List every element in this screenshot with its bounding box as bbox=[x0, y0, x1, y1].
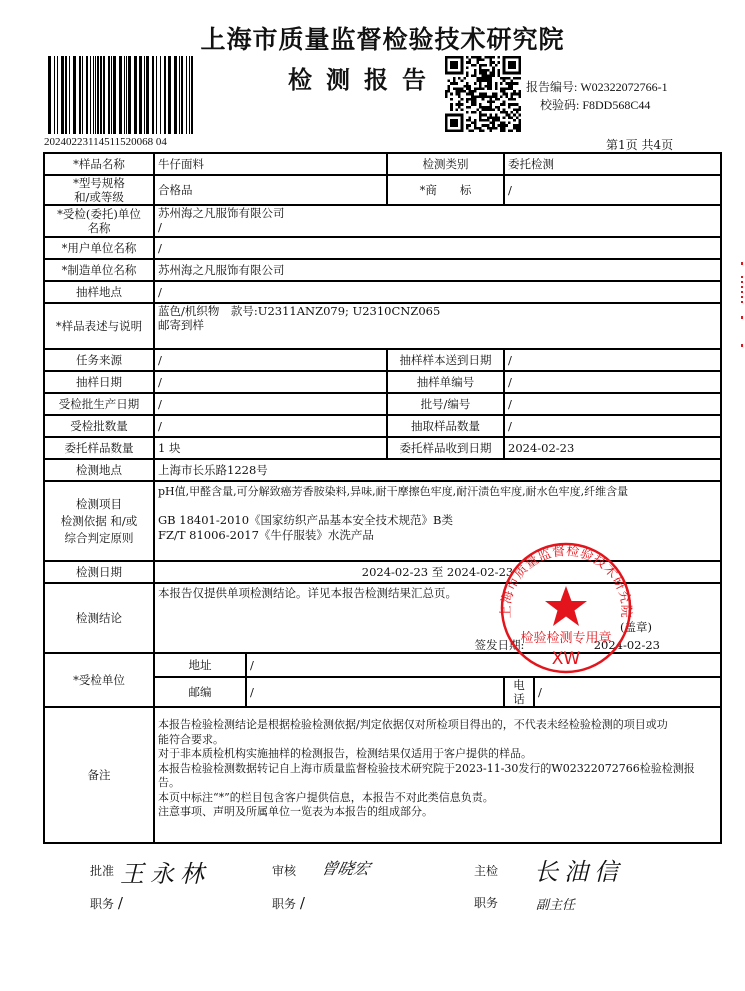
manufacturer: 苏州海之凡服饰有限公司 bbox=[154, 259, 721, 281]
sample-drawn-qty-label: 抽取样品数量 bbox=[387, 415, 504, 437]
test-category-label: 检测类别 bbox=[387, 153, 504, 175]
sample-delivery-date-label: 抽样样本送到日期 bbox=[387, 349, 504, 371]
sampling-form-no-label: 抽样单编号 bbox=[387, 371, 504, 393]
test-location-label: 检测地点 bbox=[44, 459, 154, 481]
chief-label: 主检 bbox=[474, 862, 498, 879]
reviewer-label: 审核 bbox=[272, 862, 296, 879]
user-unit-label: *用户单位名称 bbox=[44, 237, 154, 259]
received-date-label: 委托样品收到日期 bbox=[387, 437, 504, 459]
client-label: *受检(委托)单位名称 bbox=[44, 205, 154, 237]
row-batch-qty: 受检批数量 / 抽取样品数量 / bbox=[44, 415, 721, 437]
row-client: *受检(委托)单位名称 苏州海之凡服饰有限公司/ bbox=[44, 205, 721, 237]
chief-title-label: 职务 bbox=[474, 894, 498, 911]
row-sampling-date: 抽样日期 / 抽样单编号 / bbox=[44, 371, 721, 393]
test-date-label: 检测日期 bbox=[44, 561, 154, 583]
task-source-label: 任务来源 bbox=[44, 349, 154, 371]
star-icon bbox=[545, 586, 587, 626]
svg-text:检验检测专用章: 检验检测专用章 bbox=[520, 630, 611, 646]
remark-line: 对于非本质检机构实施抽样的检测报告，检测结果仅适用于客户提供的样品。 bbox=[158, 747, 717, 762]
sample-drawn-qty: / bbox=[504, 415, 721, 437]
client-name: 苏州海之凡服饰有限公司/ bbox=[154, 205, 721, 237]
page-indicator: 第1页 共4页 bbox=[606, 136, 673, 153]
reviewer-title-label: 职务 / bbox=[272, 894, 305, 912]
remarks-label: 备注 bbox=[44, 707, 154, 843]
chief-signature: 长油信 bbox=[534, 852, 624, 887]
verification-code-row: 校验码: F8DD568C44 bbox=[526, 96, 668, 114]
remarks: 本报告检验检测结论是根据检验检测依据/判定依据仅对所检项目得出的，不代表未经检验… bbox=[154, 707, 721, 843]
sampling-location: / bbox=[154, 281, 721, 303]
trademark-label: *商 标 bbox=[387, 175, 504, 205]
report-number-label: 报告编号: bbox=[526, 80, 577, 94]
sample-delivery-date: / bbox=[504, 349, 721, 371]
trademark: / bbox=[504, 175, 721, 205]
chief-title: 副主任 bbox=[536, 894, 575, 913]
received-date: 2024-02-23 bbox=[504, 437, 721, 459]
row-user-unit: *用户单位名称 / bbox=[44, 237, 721, 259]
user-unit: / bbox=[154, 237, 721, 259]
entrusted-qty-label: 委托样品数量 bbox=[44, 437, 154, 459]
report-meta: 报告编号: W02322072766-1 校验码: F8DD568C44 bbox=[526, 78, 668, 114]
batch-qty-label: 受检批数量 bbox=[44, 415, 154, 437]
sample-name-label: *样品名称 bbox=[44, 153, 154, 175]
row-batch-production-date: 受检批生产日期 / 批号/编号 / bbox=[44, 393, 721, 415]
row-model-spec: *型号规格和/或等级 合格品 *商 标 / bbox=[44, 175, 721, 205]
remark-line: 注意事项、声明及所属单位一览表为本报告的组成部分。 bbox=[158, 805, 717, 820]
reviewer-signature: 曾晓宏 bbox=[320, 856, 373, 879]
batch-no: / bbox=[504, 393, 721, 415]
test-items-label: 检测项目检测依据 和/或综合判定原则 bbox=[44, 481, 154, 561]
test-location: 上海市长乐路1228号 bbox=[154, 459, 721, 481]
row-test-location: 检测地点 上海市长乐路1228号 bbox=[44, 459, 721, 481]
svg-text:XW: XW bbox=[552, 649, 581, 669]
sample-name: 牛仔面料 bbox=[154, 153, 387, 175]
verification-code-label: 校验码: bbox=[540, 98, 579, 112]
approver-signature: 王永林 bbox=[120, 854, 210, 889]
phone: / bbox=[534, 677, 721, 707]
barcode-number: 20240223114511520068 04 bbox=[44, 136, 167, 148]
remark-line: 本页中标注“*”的栏目包含客户提供信息，本报告不对此类信息负责。 bbox=[158, 791, 717, 806]
model-spec: 合格品 bbox=[154, 175, 387, 205]
approver-title-label: 职务 / bbox=[90, 894, 123, 912]
remark-line: 告。 bbox=[158, 776, 717, 791]
test-category: 委托检测 bbox=[504, 153, 721, 175]
official-seal-stamp: 上海市质量监督检验技术研究院 检验检测专用章 XW bbox=[492, 540, 640, 676]
test-items-list: pH值,甲醛含量,可分解致癌芳香胺染料,异味,耐干摩擦色牢度,耐汗渍色牢度,耐水… bbox=[158, 484, 717, 499]
sample-desc-label: *样品表述与说明 bbox=[44, 303, 154, 349]
batch-qty: / bbox=[154, 415, 387, 437]
qr-code-icon bbox=[445, 56, 521, 132]
row-sampling-location: 抽样地点 / bbox=[44, 281, 721, 303]
document-title: 检测报告 bbox=[288, 60, 440, 95]
row-sample-desc: *样品表述与说明 蓝色/机织物 款号:U2311ANZ079; U2310CNZ… bbox=[44, 303, 721, 349]
phone-label: 电话 bbox=[504, 677, 534, 707]
postcode: / bbox=[246, 677, 504, 707]
remark-line: 本报告检验检测结论是根据检验检测依据/判定依据仅对所检项目得出的，不代表未经检验… bbox=[158, 718, 717, 733]
manufacturer-label: *制造单位名称 bbox=[44, 259, 154, 281]
batch-no-label: 批号/编号 bbox=[387, 393, 504, 415]
row-task-source: 任务来源 / 抽样样本送到日期 / bbox=[44, 349, 721, 371]
sampling-location-label: 抽样地点 bbox=[44, 281, 154, 303]
batch-production-date-label: 受检批生产日期 bbox=[44, 393, 154, 415]
approver-label: 批准 bbox=[90, 862, 114, 879]
barcode-icon bbox=[48, 56, 196, 134]
conclusion-label: 检测结论 bbox=[44, 583, 154, 653]
row-sample-name: *样品名称 牛仔面料 检测类别 委托检测 bbox=[44, 153, 721, 175]
sampling-date-label: 抽样日期 bbox=[44, 371, 154, 393]
standard-1: GB 18401-2010《国家纺织产品基本安全技术规范》B类 bbox=[158, 513, 717, 528]
report-number: W02322072766-1 bbox=[580, 80, 667, 94]
report-table: *样品名称 牛仔面料 检测类别 委托检测 *型号规格和/或等级 合格品 *商 标… bbox=[43, 152, 722, 844]
organization-title: 上海市质量监督检验技术研究院 bbox=[0, 20, 745, 56]
entrusted-qty: 1 块 bbox=[154, 437, 387, 459]
inspected-unit-label: *受检单位 bbox=[44, 653, 154, 707]
row-manufacturer: *制造单位名称 苏州海之凡服饰有限公司 bbox=[44, 259, 721, 281]
address-label: 地址 bbox=[154, 653, 246, 677]
sampling-form-no: / bbox=[504, 371, 721, 393]
row-entrusted-qty: 委托样品数量 1 块 委托样品收到日期 2024-02-23 bbox=[44, 437, 721, 459]
verification-code: F8DD568C44 bbox=[582, 98, 650, 112]
row-remarks: 备注 本报告检验检测结论是根据检验检测依据/判定依据仅对所检项目得出的，不代表未… bbox=[44, 707, 721, 843]
address: / bbox=[246, 653, 721, 677]
report-number-row: 报告编号: W02322072766-1 bbox=[526, 78, 668, 96]
task-source: / bbox=[154, 349, 387, 371]
sampling-date: / bbox=[154, 371, 387, 393]
sample-desc: 蓝色/机织物 款号:U2311ANZ079; U2310CNZ065邮寄到样 bbox=[154, 303, 721, 349]
model-spec-label: *型号规格和/或等级 bbox=[44, 175, 154, 205]
postcode-label: 邮编 bbox=[154, 677, 246, 707]
remark-line: 本报告检验检测数据转记自上海市质量监督检验技术研究院于2023-11-30发行的… bbox=[158, 762, 717, 777]
batch-production-date: / bbox=[154, 393, 387, 415]
page-edge-marks bbox=[741, 262, 744, 382]
remark-line: 能符合要求。 bbox=[158, 733, 717, 748]
